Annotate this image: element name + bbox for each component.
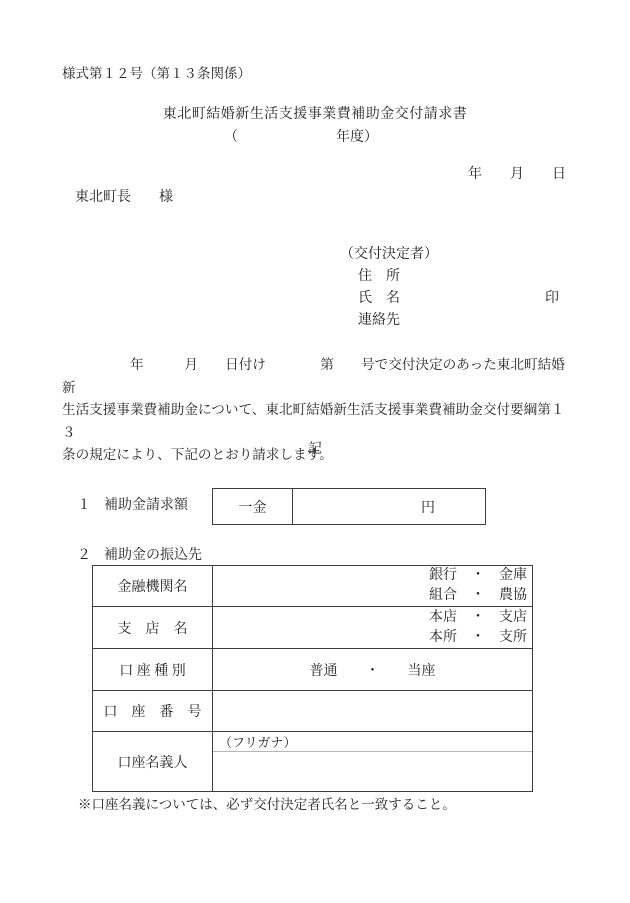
- bank-name-cell: 銀行 ・ 金庫 組合 ・ 農協: [213, 566, 532, 606]
- applicant-heading: （交付決定者）: [340, 244, 559, 266]
- name-label: 氏 名: [358, 291, 400, 306]
- bank-name-row: 金融機関名 銀行 ・ 金庫 組合 ・ 農協: [93, 566, 532, 606]
- body-line-1: 年 月 日付け 第 号で交付決定のあった東北町結婚新: [62, 354, 574, 399]
- transfer-table: 金融機関名 銀行 ・ 金庫 組合 ・ 農協 支 店 名 本店 ・ 支店 本所 ・…: [92, 565, 533, 792]
- account-holder-label: 口座名義人: [93, 732, 213, 791]
- account-number-label: 口 座 番 号: [93, 691, 213, 731]
- bank-option-line-1: 銀行 ・ 金庫: [429, 566, 527, 586]
- body-line-2: 生活支援事業費補助金について、東北町結婚新生活支援事業費補助金交付要綱第１３: [62, 399, 574, 444]
- section2-heading: ２補助金の振込先: [77, 545, 202, 567]
- section1-number: １: [77, 498, 91, 513]
- section2-label: 補助金の振込先: [104, 548, 202, 563]
- amount-table: 一金 円: [212, 488, 486, 525]
- amount-prefix-cell: 一金: [213, 489, 293, 524]
- account-type-cell: 普通 ・ 当座: [213, 649, 532, 690]
- document-page: 様式第１２号（第１３条関係） 東北町結婚新生活支援事業費補助金交付請求書 （ 年…: [0, 0, 630, 903]
- section1-heading: １補助金請求額: [77, 495, 188, 517]
- account-type-row: 口 座 種 別 普通 ・ 当座: [93, 648, 532, 690]
- applicant-block: （交付決定者） 住 所 氏 名印 連絡先: [340, 244, 559, 332]
- name-line: 氏 名印: [340, 288, 559, 310]
- branch-option-line-1: 本店 ・ 支店: [429, 608, 527, 628]
- account-number-row: 口 座 番 号: [93, 690, 532, 731]
- footnote: ※口座名義については、必ず交付決定者氏名と一致すること。: [78, 794, 456, 816]
- furigana-label: （フリガナ）: [213, 732, 532, 752]
- amount-value-cell: 円: [293, 489, 485, 524]
- addressee-line: 東北町長 様: [75, 187, 173, 209]
- account-holder-row: 口座名義人 （フリガナ）: [93, 731, 532, 791]
- bank-name-label: 金融機関名: [93, 566, 213, 606]
- section2-number: ２: [77, 548, 91, 563]
- account-holder-blank: [213, 752, 532, 791]
- form-number: 様式第１２号（第１３条関係）: [62, 63, 251, 85]
- contact-label: 連絡先: [340, 310, 559, 332]
- branch-name-label: 支 店 名: [93, 607, 213, 648]
- account-number-cell: [213, 691, 532, 731]
- account-type-label: 口 座 種 別: [93, 649, 213, 690]
- record-mark: 記: [0, 439, 630, 461]
- amount-unit: 円: [421, 497, 435, 517]
- fiscal-year-line: （ 年度）: [224, 127, 378, 149]
- address-label: 住 所: [340, 266, 559, 288]
- branch-name-cell: 本店 ・ 支店 本所 ・ 支所: [213, 607, 532, 648]
- date-line: 年 月 日: [468, 164, 566, 186]
- branch-option-line-2: 本所 ・ 支所: [429, 628, 527, 648]
- seal-mark: 印: [545, 288, 559, 310]
- branch-name-row: 支 店 名 本店 ・ 支店 本所 ・ 支所: [93, 606, 532, 648]
- account-holder-cell: （フリガナ）: [213, 732, 532, 791]
- document-title: 東北町結婚新生活支援事業費補助金交付請求書: [0, 104, 630, 126]
- bank-option-line-2: 組合 ・ 農協: [429, 586, 527, 606]
- section1-label: 補助金請求額: [104, 498, 188, 513]
